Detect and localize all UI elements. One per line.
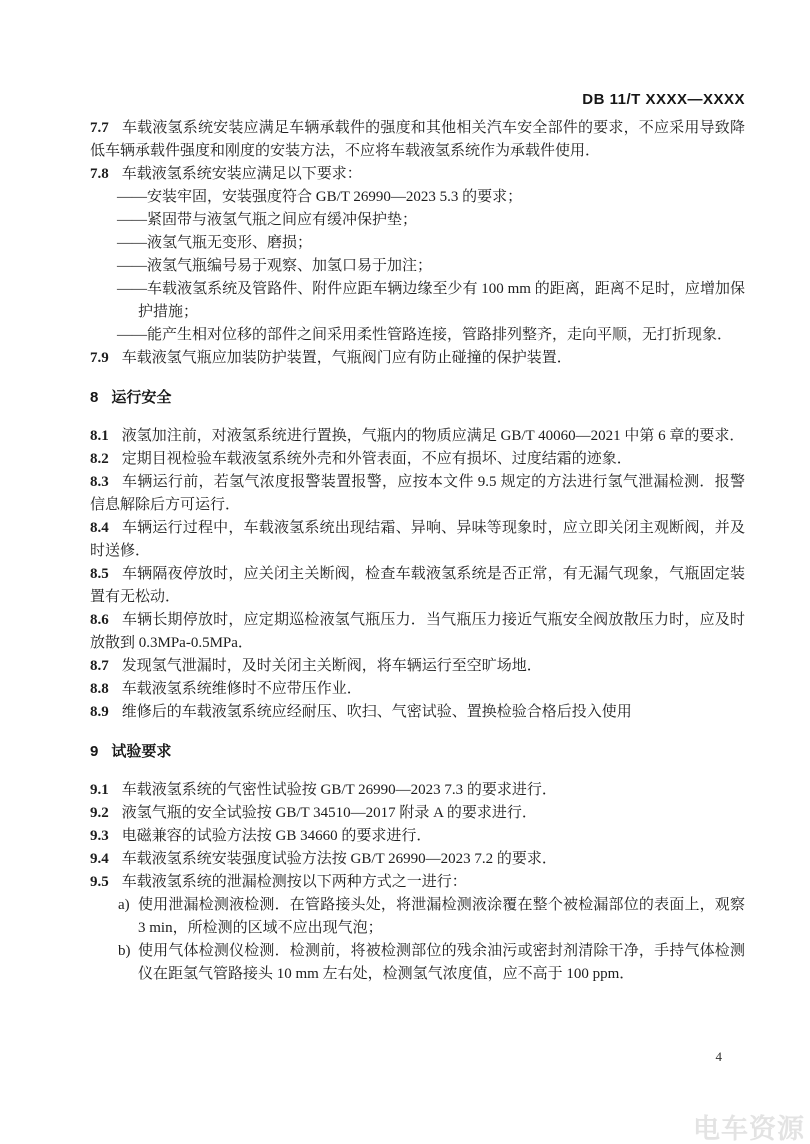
clause-text: 车载液氢气瓶应加装防护装置，气瓶阀门应有防止碰撞的保护装置． xyxy=(122,350,572,366)
list-label: b) xyxy=(118,940,131,963)
clause-number: 8.1 xyxy=(90,428,109,444)
clause-number: 9.3 xyxy=(90,828,109,844)
clause-number: 8.6 xyxy=(90,612,109,628)
clause-number: 8.9 xyxy=(90,704,109,720)
section-title: 试验要求 xyxy=(111,743,171,760)
clause-text: 定期目视检验车载液氢系统外壳和外管表面，不应有损坏、过度结霜的迹象． xyxy=(122,451,632,467)
clause-number: 8.8 xyxy=(90,681,109,697)
clause-text: 维修后的车载液氢系统应经耐压、吹扫、气密试验、置换检验合格后投入使用 xyxy=(122,704,632,720)
clause-number: 8.5 xyxy=(90,566,109,582)
document-body: 7.7车载液氢系统安装应满足车辆承载件的强度和其他相关汽车安全部件的要求，不应采… xyxy=(90,117,745,986)
clause-text: 车辆隔夜停放时，应关闭主关断阀，检查车载液氢系统是否正常，有无漏气现象，气瓶固定… xyxy=(90,566,745,605)
clause-8-1: 8.1液氢加注前，对液氢系统进行置换，气瓶内的物质应满足 GB/T 40060—… xyxy=(90,425,745,448)
clause-number: 9.5 xyxy=(90,874,109,890)
bullet-dash: —— xyxy=(117,281,147,297)
clause-number: 9.2 xyxy=(90,805,109,821)
bullet-item: ——液氢气瓶编号易于观察、加氢口易于加注； xyxy=(90,255,745,278)
clause-number: 8.3 xyxy=(90,474,109,490)
list-label: a) xyxy=(118,894,130,917)
clause-8-8: 8.8车载液氢系统维修时不应带压作业． xyxy=(90,678,745,701)
section-title: 运行安全 xyxy=(111,389,171,406)
document-page: DB 11/T XXXX—XXXX 7.7车载液氢系统安装应满足车辆承载件的强度… xyxy=(0,0,810,1144)
clause-text: 车载液氢系统维修时不应带压作业． xyxy=(122,681,362,697)
clause-9-4: 9.4车载液氢系统安装强度试验方法按 GB/T 26990—2023 7.2 的… xyxy=(90,848,745,871)
clause-text: 液氢气瓶的安全试验按 GB/T 34510—2017 附录 A 的要求进行． xyxy=(122,805,537,821)
bullet-text: 液氢气瓶编号易于观察、加氢口易于加注； xyxy=(147,258,432,274)
clause-text: 车载液氢系统的泄漏检测按以下两种方式之一进行： xyxy=(122,874,467,890)
clause-text: 发现氢气泄漏时，及时关闭主关断阀，将车辆运行至空旷场地． xyxy=(122,658,542,674)
clause-8-2: 8.2定期目视检验车载液氢系统外壳和外管表面，不应有损坏、过度结霜的迹象． xyxy=(90,448,745,471)
bullet-item: ——能产生相对位移的部件之间采用柔性管路连接，管路排列整齐，走向平顺，无打折现象… xyxy=(90,324,745,347)
bullet-item: ——液氢气瓶无变形、磨损； xyxy=(90,232,745,255)
clause-number: 8.4 xyxy=(90,520,109,536)
clause-number: 7.7 xyxy=(90,120,109,136)
clause-8-5: 8.5车辆隔夜停放时，应关闭主关断阀，检查车载液氢系统是否正常，有无漏气现象，气… xyxy=(90,563,745,609)
clause-number: 8.7 xyxy=(90,658,109,674)
section-number: 8 xyxy=(90,389,98,406)
bullet-dash: —— xyxy=(117,258,147,274)
clause-text: 车载液氢系统的气密性试验按 GB/T 26990—2023 7.3 的要求进行． xyxy=(122,782,557,798)
bullet-item: ——车载液氢系统及管路件、附件应距车辆边缘至少有 100 mm 的距离，距离不足… xyxy=(90,278,745,324)
clause-7-8: 7.8车载液氢系统安装应满足以下要求： xyxy=(90,163,745,186)
doc-code: DB 11/T XXXX—XXXX xyxy=(90,91,745,108)
clause-8-6: 8.6车辆长期停放时，应定期巡检液氢气瓶压力．当气瓶压力接近气瓶安全阀放散压力时… xyxy=(90,609,745,655)
page-number: 4 xyxy=(716,1049,723,1065)
clause-9-3: 9.3电磁兼容的试验方法按 GB 34660 的要求进行． xyxy=(90,825,745,848)
clause-number: 8.2 xyxy=(90,451,109,467)
clause-text: 电磁兼容的试验方法按 GB 34660 的要求进行． xyxy=(122,828,432,844)
section-number: 9 xyxy=(90,743,98,760)
clause-number: 9.1 xyxy=(90,782,109,798)
clause-text: 车载液氢系统安装应满足以下要求： xyxy=(122,166,362,182)
clause-text: 车载液氢系统安装强度试验方法按 GB/T 26990—2023 7.2 的要求． xyxy=(122,851,557,867)
clause-9-1: 9.1车载液氢系统的气密性试验按 GB/T 26990—2023 7.3 的要求… xyxy=(90,779,745,802)
clause-8-9: 8.9维修后的车载液氢系统应经耐压、吹扫、气密试验、置换检验合格后投入使用 xyxy=(90,701,745,724)
clause-8-3: 8.3车辆运行前，若氢气浓度报警装置报警，应按本文件 9.5 规定的方法进行氢气… xyxy=(90,471,745,517)
bullet-dash: —— xyxy=(117,327,147,343)
bullet-text: 能产生相对位移的部件之间采用柔性管路连接，管路排列整齐，走向平顺，无打折现象． xyxy=(147,327,732,343)
bullet-dash: —— xyxy=(117,235,147,251)
bullet-dash: —— xyxy=(117,212,147,228)
clause-9-5: 9.5车载液氢系统的泄漏检测按以下两种方式之一进行： xyxy=(90,871,745,894)
clause-8-7: 8.7发现氢气泄漏时，及时关闭主关断阀，将车辆运行至空旷场地． xyxy=(90,655,745,678)
section-heading-8: 8运行安全 xyxy=(90,386,745,409)
bullet-item: ——紧固带与液氢气瓶之间应有缓冲保护垫； xyxy=(90,209,745,232)
bullet-text: 车载液氢系统及管路件、附件应距车辆边缘至少有 100 mm 的距离，距离不足时，… xyxy=(138,281,745,320)
clause-text: 车辆运行过程中，车载液氢系统出现结霜、异响、异味等现象时，应立即关闭主观断阀，并… xyxy=(90,520,745,559)
clause-number: 7.9 xyxy=(90,350,109,366)
clause-number: 9.4 xyxy=(90,851,109,867)
clause-9-2: 9.2液氢气瓶的安全试验按 GB/T 34510—2017 附录 A 的要求进行… xyxy=(90,802,745,825)
list-item-b: b)使用气体检测仪检测．检测前，将被检测部位的残余油污或密封剂清除干净，手持气体… xyxy=(90,940,745,986)
section-heading-9: 9试验要求 xyxy=(90,740,745,763)
clause-text: 车载液氢系统安装应满足车辆承载件的强度和其他相关汽车安全部件的要求，不应采用导致… xyxy=(90,120,745,159)
bullet-dash: —— xyxy=(117,189,147,205)
bullet-text: 紧固带与液氢气瓶之间应有缓冲保护垫； xyxy=(147,212,417,228)
list-text: 使用气体检测仪检测．检测前，将被检测部位的残余油污或密封剂清除干净，手持气体检测… xyxy=(138,943,745,982)
clause-8-4: 8.4车辆运行过程中，车载液氢系统出现结霜、异响、异味等现象时，应立即关闭主观断… xyxy=(90,517,745,563)
clause-number: 7.8 xyxy=(90,166,109,182)
clause-text: 车辆长期停放时，应定期巡检液氢气瓶压力．当气瓶压力接近气瓶安全阀放散压力时，应及… xyxy=(90,612,745,651)
watermark: 电车资源 xyxy=(693,1114,805,1144)
bullet-text: 液氢气瓶无变形、磨损； xyxy=(147,235,312,251)
list-item-a: a)使用泄漏检测液检测．在管路接头处，将泄漏检测液涂覆在整个被检漏部位的表面上，… xyxy=(90,894,745,940)
list-text: 使用泄漏检测液检测．在管路接头处，将泄漏检测液涂覆在整个被检漏部位的表面上，观察… xyxy=(138,897,745,936)
clause-text: 液氢加注前，对液氢系统进行置换，气瓶内的物质应满足 GB/T 40060—202… xyxy=(122,428,745,444)
clause-7-7: 7.7车载液氢系统安装应满足车辆承载件的强度和其他相关汽车安全部件的要求，不应采… xyxy=(90,117,745,163)
clause-text: 车辆运行前，若氢气浓度报警装置报警，应按本文件 9.5 规定的方法进行氢气泄漏检… xyxy=(90,474,745,513)
bullet-item: ——安装牢固，安装强度符合 GB/T 26990—2023 5.3 的要求； xyxy=(90,186,745,209)
bullet-text: 安装牢固，安装强度符合 GB/T 26990—2023 5.3 的要求； xyxy=(147,189,522,205)
clause-7-9: 7.9车载液氢气瓶应加装防护装置，气瓶阀门应有防止碰撞的保护装置． xyxy=(90,347,745,370)
